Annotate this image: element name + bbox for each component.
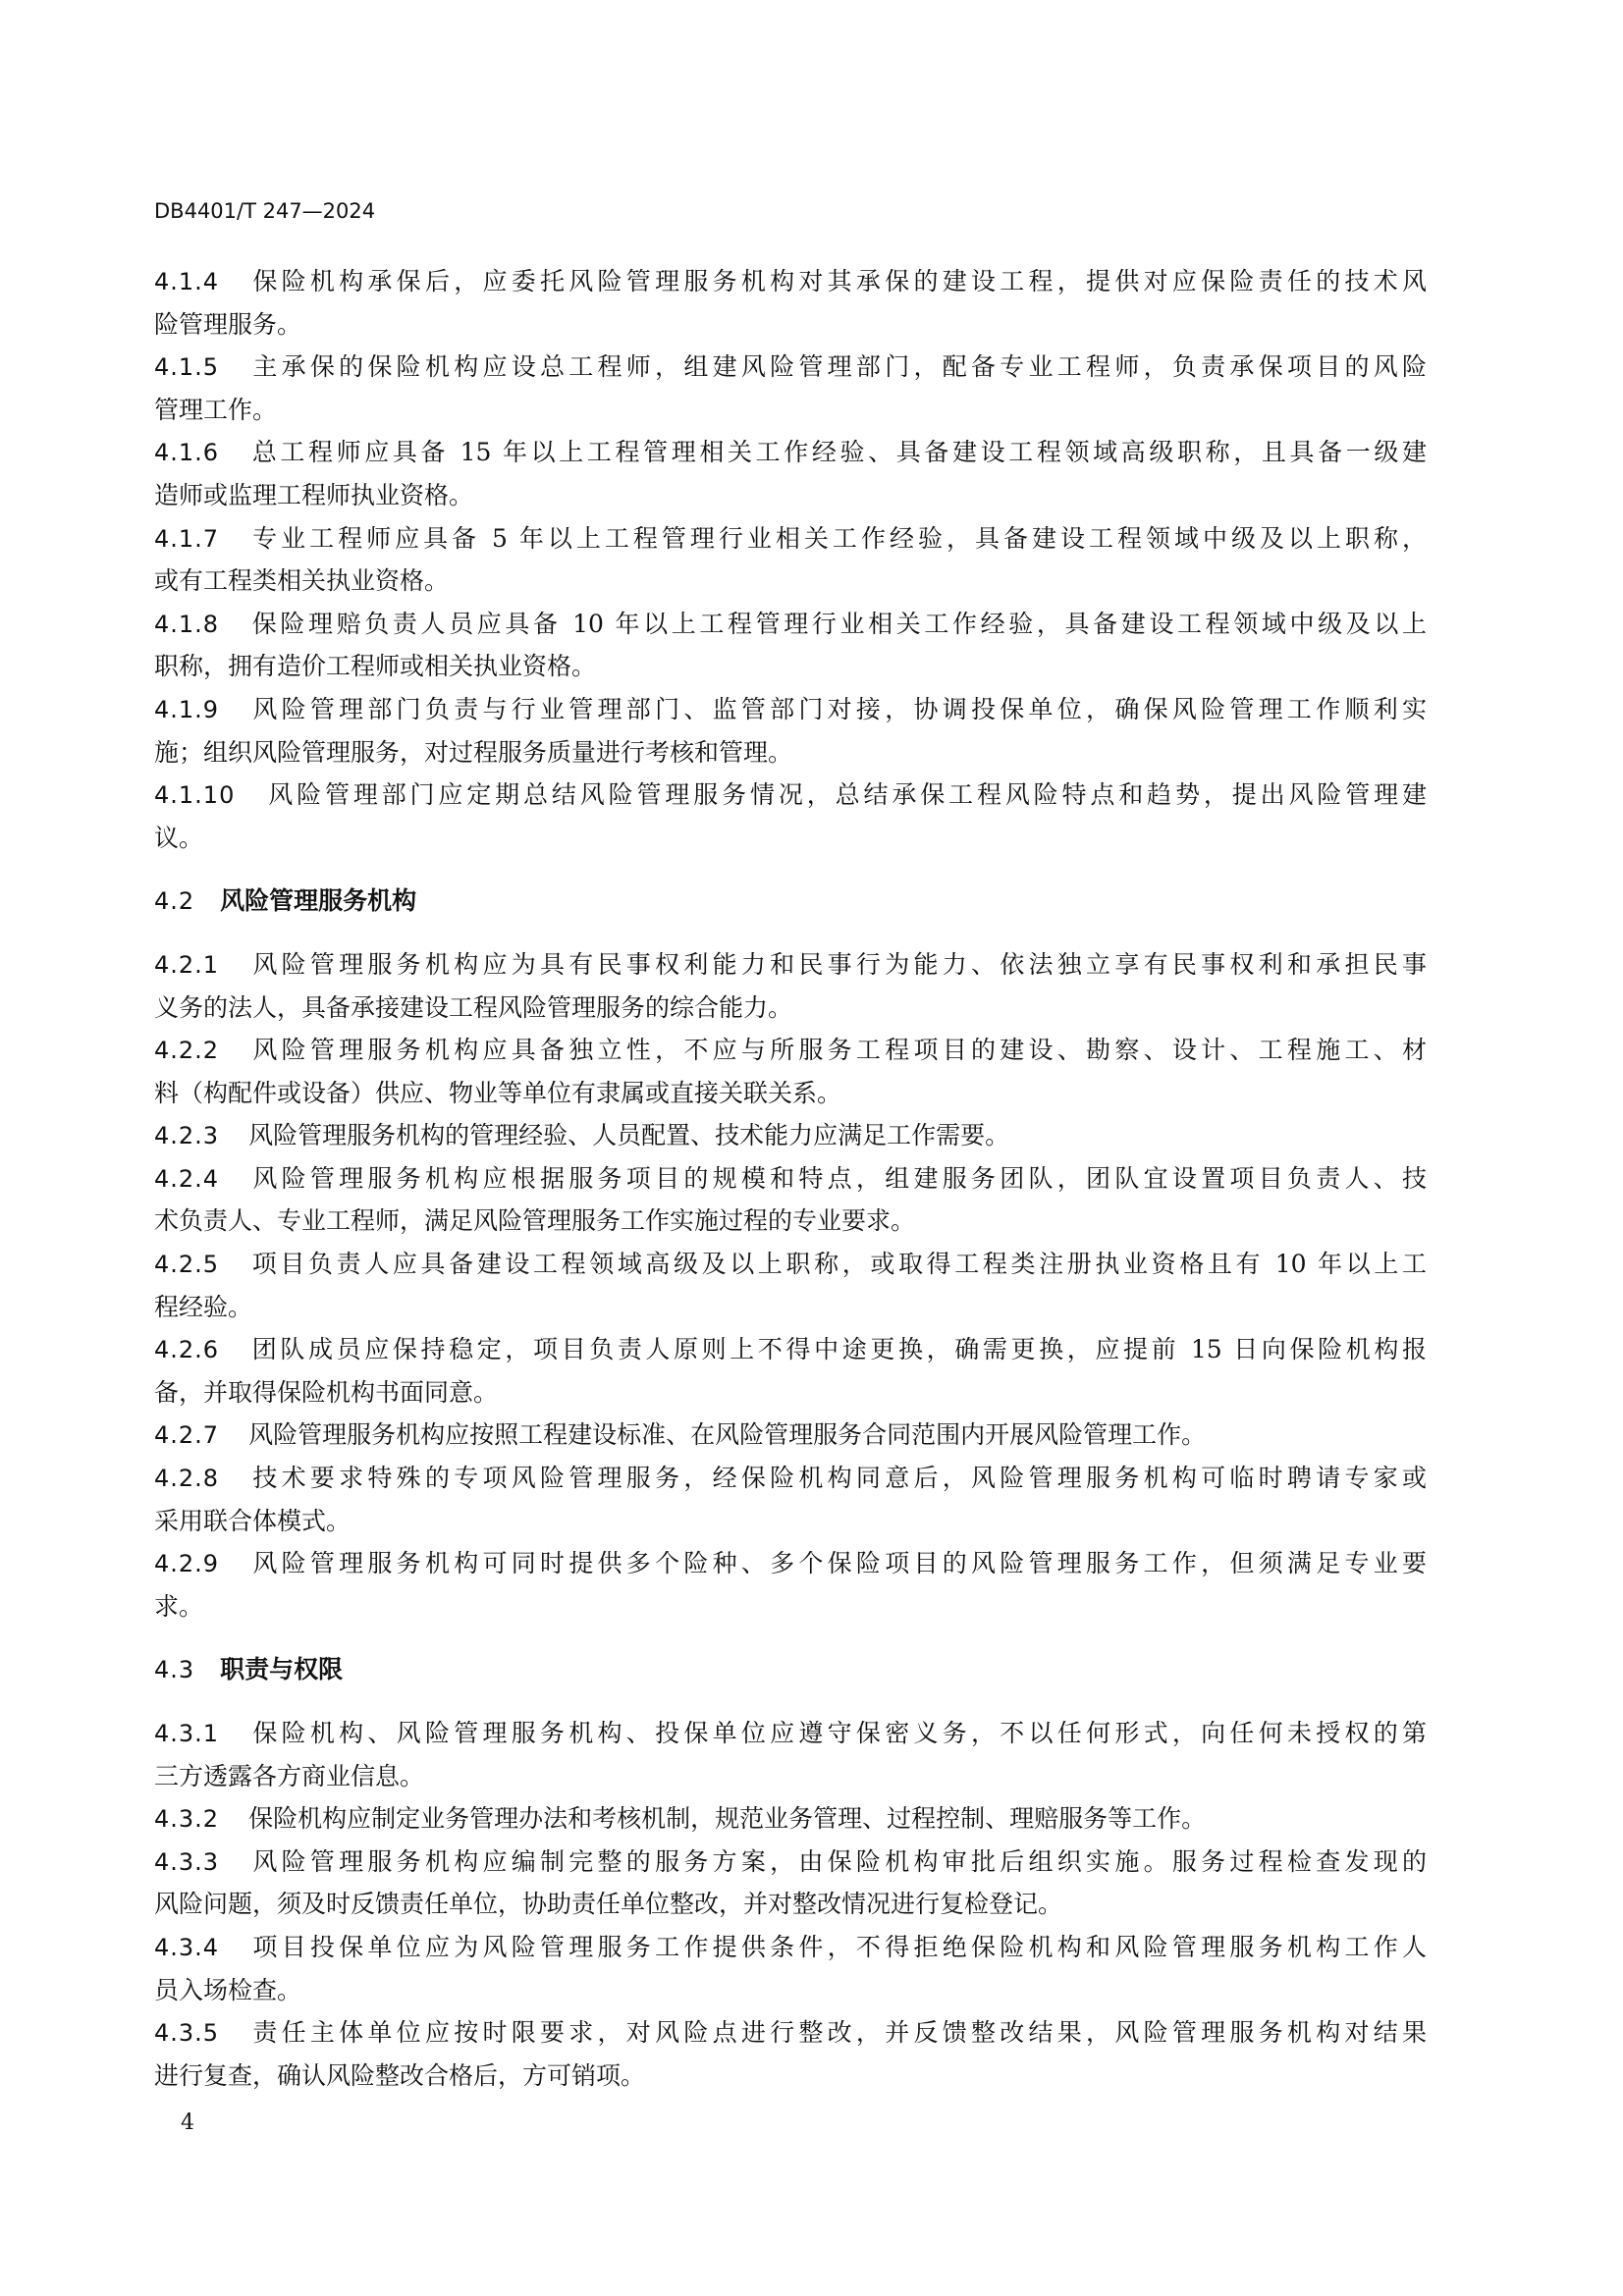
clause-number: 4.3.2	[154, 1798, 219, 1842]
clause-text: 风险管理服务机构应按照工程建设标准、在风险管理服务合同范围内开展风险管理工作。	[248, 1420, 1206, 1449]
clause-text: 风险管理部门负责与行业管理部门、监管部门对接，协调投保单位，确保风险管理工作顺利…	[248, 695, 1427, 723]
clause-number: 4.3.5	[154, 2012, 219, 2056]
section-4-3-clauses: 4.3.1保险机构、风险管理服务机构、投保单位应遵守保密义务，不以任何形式，向任…	[154, 1712, 1427, 2097]
clause-text: 程经验。	[154, 1286, 1427, 1329]
clause-text: 项目负责人应具备建设工程领域高级及以上职称，或取得工程类注册执业资格且有 10 …	[248, 1250, 1427, 1278]
clause: 4.1.8保险理赔负责人员应具备 10 年以上工程管理行业相关工作经验，具备建设…	[154, 603, 1427, 688]
section-number: 4.3	[154, 1649, 194, 1692]
clause-text: 风险问题，须及时反馈责任单位，协助责任单位整改，并对整改情况进行复检登记。	[154, 1883, 1427, 1926]
clause: 4.3.3风险管理服务机构应编制完整的服务方案，由保险机构审批后组织实施。服务过…	[154, 1841, 1427, 1926]
section-4-1-clauses: 4.1.4保险机构承保后，应委托风险管理服务机构对其承保的建设工程，提供对应保险…	[154, 260, 1427, 859]
clause-text: 风险管理服务机构可同时提供多个险种、多个保险项目的风险管理服务工作，但须满足专业…	[248, 1549, 1427, 1577]
clause-text: 专业工程师应具备 5 年以上工程管理行业相关工作经验，具备建设工程领域中级及以上…	[248, 524, 1427, 553]
clause-text: 风险管理服务机构应根据服务项目的规模和特点，组建服务团队，团队宜设置项目负责人、…	[248, 1164, 1427, 1193]
clause-text: 保险机构承保后，应委托风险管理服务机构对其承保的建设工程，提供对应保险责任的技术…	[248, 267, 1427, 295]
clause: 4.2.4风险管理服务机构应根据服务项目的规模和特点，组建服务团队，团队宜设置项…	[154, 1157, 1427, 1243]
clause-text: 保险机构应制定业务管理办法和考核机制，规范业务管理、过程控制、理赔服务等工作。	[248, 1804, 1206, 1833]
clause-text: 风险管理服务机构的管理经验、人员配置、技术能力应满足工作需要。	[248, 1121, 1009, 1149]
clause: 4.2.3风险管理服务机构的管理经验、人员配置、技术能力应满足工作需要。	[154, 1114, 1427, 1157]
document-body: 4.1.4保险机构承保后，应委托风险管理服务机构对其承保的建设工程，提供对应保险…	[154, 260, 1427, 2097]
section-heading-4-3: 4.3职责与权限	[154, 1648, 1427, 1691]
clause-text: 管理工作。	[154, 389, 1427, 432]
clause-text: 风险管理服务机构应为具有民事权利能力和民事行为能力、依法独立享有民事权利和承担民…	[248, 950, 1427, 979]
clause-text: 主承保的保险机构应设总工程师，组建风险管理部门，配备专业工程师，负责承保项目的风…	[248, 352, 1427, 381]
clause: 4.2.6团队成员应保持稳定，项目负责人原则上不得中途更换，确需更换，应提前 1…	[154, 1328, 1427, 1414]
clause: 4.3.5责任主体单位应按时限要求，对风险点进行整改，并反馈整改结果，风险管理服…	[154, 2011, 1427, 2097]
clause: 4.3.2保险机构应制定业务管理办法和考核机制，规范业务管理、过程控制、理赔服务…	[154, 1797, 1427, 1841]
clause-text: 造师或监理工程师执业资格。	[154, 474, 1427, 517]
section-title: 职责与权限	[220, 1655, 343, 1683]
clause-text: 施；组织风险管理服务，对过程服务质量进行考核和管理。	[154, 731, 1427, 774]
clause-number: 4.3.3	[154, 1842, 219, 1885]
clause-text: 风险管理服务机构应编制完整的服务方案，由保险机构审批后组织实施。服务过程检查发现…	[248, 1847, 1427, 1876]
clause-number: 4.3.4	[154, 1927, 219, 1970]
clause: 4.3.4项目投保单位应为风险管理服务工作提供条件，不得拒绝保险机构和风险管理服…	[154, 1926, 1427, 2011]
clause-text: 求。	[154, 1585, 1427, 1629]
clause: 4.1.9风险管理部门负责与行业管理部门、监管部门对接，协调投保单位，确保风险管…	[154, 688, 1427, 774]
clause-text: 或有工程类相关执业资格。	[154, 560, 1427, 603]
clause-number: 4.2.9	[154, 1543, 219, 1586]
document-code-header: DB4401/T 247—2024	[154, 199, 375, 223]
clause-text: 职称，拥有造价工程师或相关执业资格。	[154, 645, 1427, 688]
clause-number: 4.2.7	[154, 1415, 219, 1458]
clause-number: 4.1.4	[154, 261, 219, 304]
page-number: 4	[181, 2110, 194, 2135]
clause-number: 4.1.6	[154, 432, 219, 475]
clause-number: 4.1.9	[154, 689, 219, 732]
clause-text: 团队成员应保持稳定，项目负责人原则上不得中途更换，确需更换，应提前 15 日向保…	[248, 1335, 1427, 1363]
clause-number: 4.2.4	[154, 1158, 219, 1201]
clause-text: 义务的法人，具备承接建设工程风险管理服务的综合能力。	[154, 987, 1427, 1030]
clause-text: 进行复查，确认风险整改合格后，方可销项。	[154, 2055, 1427, 2098]
clause: 4.2.2风险管理服务机构应具备独立性，不应与所服务工程项目的建设、勘察、设计、…	[154, 1029, 1427, 1114]
clause-text: 责任主体单位应按时限要求，对风险点进行整改，并反馈整改结果，风险管理服务机构对结…	[248, 2018, 1427, 2047]
clause-number: 4.2.6	[154, 1329, 219, 1372]
clause-text: 三方透露各方商业信息。	[154, 1755, 1427, 1798]
section-4-2-clauses: 4.2.1风险管理服务机构应为具有民事权利能力和民事行为能力、依法独立享有民事权…	[154, 943, 1427, 1629]
clause: 4.2.1风险管理服务机构应为具有民事权利能力和民事行为能力、依法独立享有民事权…	[154, 943, 1427, 1029]
clause: 4.1.4保险机构承保后，应委托风险管理服务机构对其承保的建设工程，提供对应保险…	[154, 260, 1427, 346]
clause: 4.1.10风险管理部门应定期总结风险管理服务情况，总结承保工程风险特点和趋势，…	[154, 774, 1427, 859]
clause-text: 备，并取得保险机构书面同意。	[154, 1371, 1427, 1415]
clause-text: 术负责人、专业工程师，满足风险管理服务工作实施过程的专业要求。	[154, 1200, 1427, 1243]
clause-text: 风险管理部门应定期总结风险管理服务情况，总结承保工程风险特点和趋势，提出风险管理…	[264, 780, 1427, 809]
clause-text: 项目投保单位应为风险管理服务工作提供条件，不得拒绝保险机构和风险管理服务机构工作…	[248, 1933, 1427, 1961]
document-page: DB4401/T 247—2024 4.1.4保险机构承保后，应委托风险管理服务…	[0, 0, 1623, 2296]
section-number: 4.2	[154, 881, 194, 924]
clause-number: 4.1.5	[154, 347, 219, 390]
clause-number: 4.2.8	[154, 1458, 219, 1501]
clause: 4.2.9风险管理服务机构可同时提供多个险种、多个保险项目的风险管理服务工作，但…	[154, 1542, 1427, 1628]
clause-text: 料（构配件或设备）供应、物业等单位有隶属或直接关联关系。	[154, 1072, 1427, 1115]
clause-text: 风险管理服务机构应具备独立性，不应与所服务工程项目的建设、勘察、设计、工程施工、…	[248, 1036, 1427, 1064]
clause-number: 4.1.10	[154, 774, 235, 818]
clause: 4.2.7风险管理服务机构应按照工程建设标准、在风险管理服务合同范围内开展风险管…	[154, 1414, 1427, 1457]
clause: 4.2.5项目负责人应具备建设工程领域高级及以上职称，或取得工程类注册执业资格且…	[154, 1243, 1427, 1328]
clause-text: 员入场检查。	[154, 1969, 1427, 2012]
section-heading-4-2: 4.2风险管理服务机构	[154, 880, 1427, 923]
section-title: 风险管理服务机构	[220, 886, 416, 915]
clause-text: 险管理服务。	[154, 303, 1427, 347]
clause: 4.3.1保险机构、风险管理服务机构、投保单位应遵守保密义务，不以任何形式，向任…	[154, 1712, 1427, 1797]
clause-number: 4.2.2	[154, 1030, 219, 1073]
clause: 4.1.6总工程师应具备 15 年以上工程管理相关工作经验、具备建设工程领域高级…	[154, 431, 1427, 516]
clause-text: 议。	[154, 817, 1427, 860]
clause-text: 采用联合体模式。	[154, 1500, 1427, 1543]
clause-text: 保险机构、风险管理服务机构、投保单位应遵守保密义务，不以任何形式，向任何未授权的…	[248, 1719, 1427, 1747]
clause-text: 保险理赔负责人员应具备 10 年以上工程管理行业相关工作经验，具备建设工程领域中…	[248, 610, 1427, 638]
clause-text: 总工程师应具备 15 年以上工程管理相关工作经验、具备建设工程领域高级职称，且具…	[248, 438, 1427, 466]
clause-number: 4.2.5	[154, 1244, 219, 1287]
clause-text: 技术要求特殊的专项风险管理服务，经保险机构同意后，风险管理服务机构可临时聘请专家…	[248, 1464, 1427, 1492]
clause-number: 4.1.8	[154, 604, 219, 647]
clause-number: 4.1.7	[154, 518, 219, 561]
clause: 4.1.7专业工程师应具备 5 年以上工程管理行业相关工作经验，具备建设工程领域…	[154, 517, 1427, 603]
clause: 4.1.5主承保的保险机构应设总工程师，组建风险管理部门，配备专业工程师，负责承…	[154, 346, 1427, 431]
clause-number: 4.3.1	[154, 1713, 219, 1756]
clause-number: 4.2.3	[154, 1115, 219, 1158]
clause-number: 4.2.1	[154, 944, 219, 988]
clause: 4.2.8技术要求特殊的专项风险管理服务，经保险机构同意后，风险管理服务机构可临…	[154, 1457, 1427, 1542]
